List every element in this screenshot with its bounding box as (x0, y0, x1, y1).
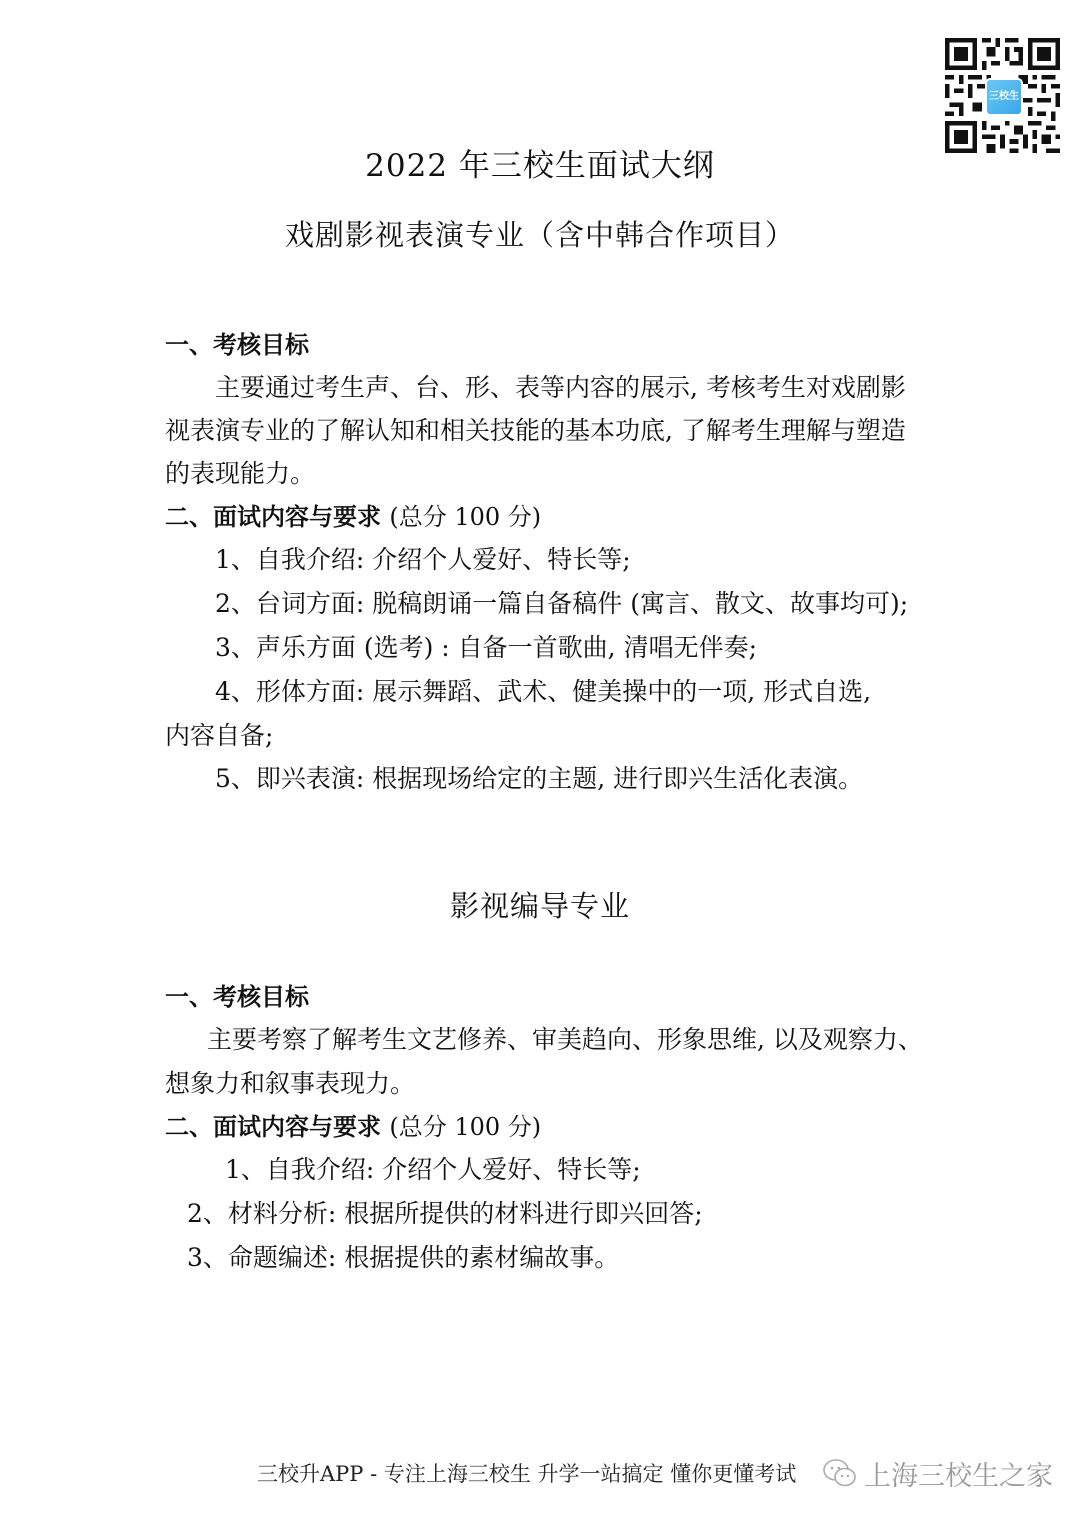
list-item: 1、自我介绍: 介绍个人爱好、特长等; (215, 540, 631, 576)
watermark-text: 上海三校生之家 (864, 1454, 1053, 1493)
list-item: 2、材料分析: 根据所提供的材料进行即兴回答; (187, 1194, 703, 1230)
qr-logo-text: 三校生 (989, 91, 1019, 102)
goal-text-line: 主要通过考生声、台、形、表等内容的展示, 考核考生对戏剧影 (215, 368, 906, 404)
watermark: 上海三校生之家 (822, 1454, 1053, 1493)
list-item: 5、即兴表演: 根据现场给定的主题, 进行即兴生活化表演。 (215, 759, 863, 795)
goal-heading: 一、考核目标 (165, 325, 309, 360)
goal-text-line: 视表演专业的了解认知和相关技能的基本功底, 了解考生理解与塑造 (165, 411, 906, 447)
goal-text-line: 主要考察了解考生文艺修养、审美趋向、形象思维, 以及观察力、 (207, 1020, 923, 1056)
content-score: (总分 100 分) (389, 1113, 541, 1141)
goal-text-line: 想象力和叙事表现力。 (165, 1064, 415, 1100)
section-heading-acting: 戏剧影视表演专业（含中韩合作项目） (0, 213, 1080, 254)
list-item: 3、声乐方面 (选考) : 自备一首歌曲, 清唱无伴奏; (215, 628, 757, 664)
goal-text-line: 的表现能力。 (165, 454, 315, 490)
list-item: 2、台词方面: 脱稿朗诵一篇自备稿件 (寓言、散文、故事均可); (215, 584, 908, 620)
content-score: (总分 100 分) (389, 503, 541, 531)
content-heading: 二、面试内容与要求 (总分 100 分) (165, 1107, 541, 1142)
list-item-continuation: 内容自备; (165, 716, 273, 752)
wechat-icon (822, 1458, 858, 1490)
footer-slogan: 三校升APP - 专注上海三校生 升学一站搞定 懂你更懂考试 (257, 1458, 796, 1488)
content-heading-label: 二、面试内容与要求 (165, 503, 381, 531)
content-heading-label: 二、面试内容与要求 (165, 1113, 381, 1141)
qr-logo: 三校生 (985, 78, 1023, 116)
content-heading: 二、面试内容与要求 (总分 100 分) (165, 497, 541, 532)
goal-heading: 一、考核目标 (165, 977, 309, 1012)
list-item: 3、命题编述: 根据提供的素材编故事。 (187, 1238, 619, 1274)
qr-code[interactable]: 三校生 (945, 38, 1060, 153)
section-heading-directing: 影视编导专业 (0, 884, 1080, 925)
document-title: 2022 年三校生面试大纲 (0, 140, 1080, 185)
list-item: 4、形体方面: 展示舞蹈、武术、健美操中的一项, 形式自选, (215, 672, 871, 708)
list-item: 1、自我介绍: 介绍个人爱好、特长等; (225, 1150, 641, 1186)
